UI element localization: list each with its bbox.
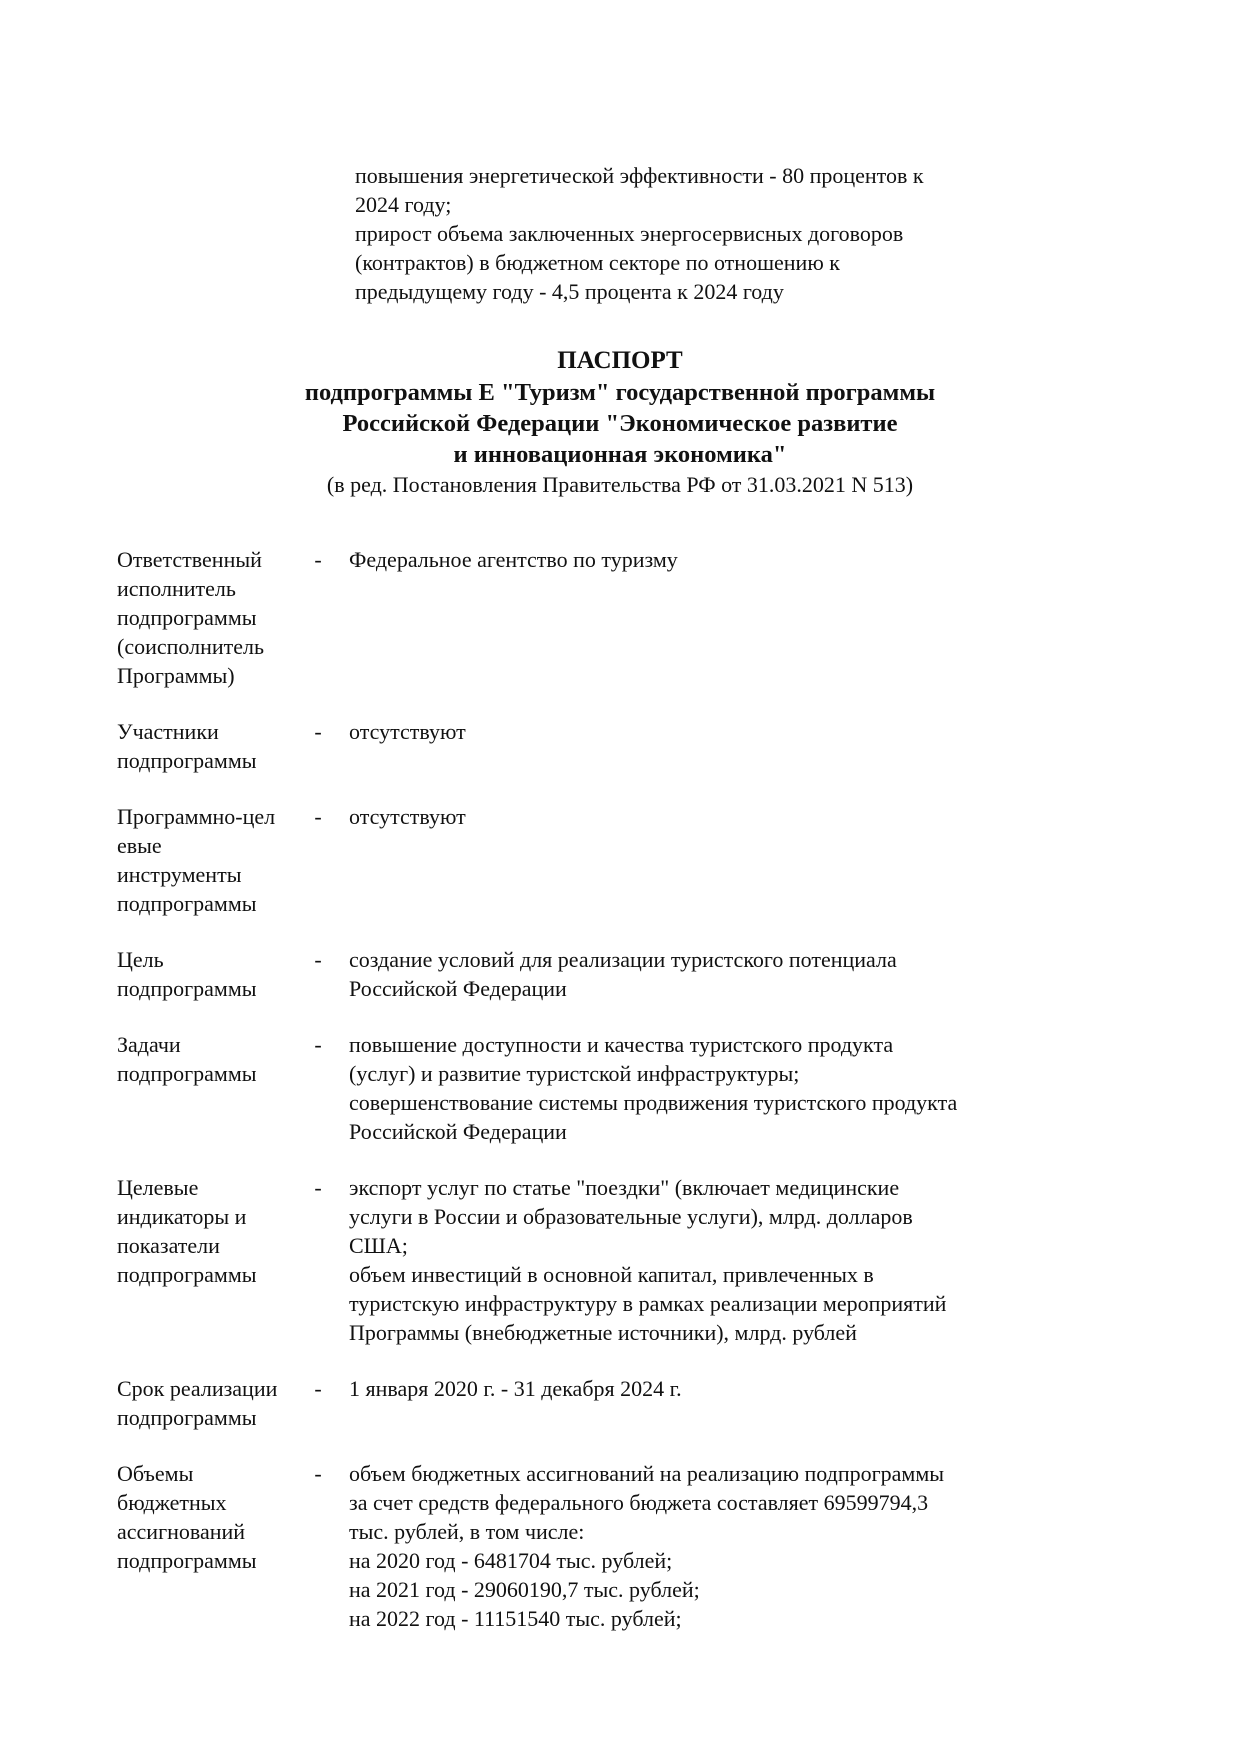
row-label-line: Участники <box>117 717 297 746</box>
row-dash: - <box>297 1173 331 1347</box>
row-dash: - <box>297 945 331 1003</box>
row-value: отсутствуют <box>331 717 1127 775</box>
passport-row: Срок реализацииподпрограммы-1 января 202… <box>117 1374 1127 1432</box>
intro-line: 2024 году; <box>355 190 1115 219</box>
row-label-line: Программы) <box>117 661 297 690</box>
row-value: отсутствуют <box>331 802 1127 918</box>
row-label-line: Цель <box>117 945 297 974</box>
row-label-line: бюджетных <box>117 1488 297 1517</box>
row-value-line: Программы (внебюджетные источники), млрд… <box>349 1318 1127 1347</box>
row-dash: - <box>297 1459 331 1633</box>
row-label: Целевыеиндикаторы ипоказателиподпрограмм… <box>117 1173 297 1347</box>
passport-row: Целевыеиндикаторы ипоказателиподпрограмм… <box>117 1173 1127 1347</box>
passport-row: Объемыбюджетныхассигнованийподпрограммы-… <box>117 1459 1127 1633</box>
row-value-line: отсутствуют <box>349 802 1127 831</box>
row-label-line: подпрограммы <box>117 746 297 775</box>
row-value-line: создание условий для реализации туристск… <box>349 945 1127 974</box>
passport-row: Участникиподпрограммы-отсутствуют <box>117 717 1127 775</box>
row-value-line: США; <box>349 1231 1127 1260</box>
row-dash: - <box>297 717 331 775</box>
row-label-line: подпрограммы <box>117 603 297 632</box>
row-label-line: подпрограммы <box>117 1059 297 1088</box>
row-value-line: отсутствуют <box>349 717 1127 746</box>
row-label-line: показатели <box>117 1231 297 1260</box>
row-value-line: совершенствование системы продвижения ту… <box>349 1088 1127 1117</box>
row-value-line: (услуг) и развитие туристской инфраструк… <box>349 1059 1127 1088</box>
row-value: повышение доступности и качества туристс… <box>331 1030 1127 1146</box>
row-value: 1 января 2020 г. - 31 декабря 2024 г. <box>331 1374 1127 1432</box>
row-label-line: подпрограммы <box>117 974 297 1003</box>
passport-table: Ответственныйисполнительподпрограммы(сои… <box>117 545 1127 1660</box>
row-value-line: туристскую инфраструктуру в рамках реали… <box>349 1289 1127 1318</box>
row-label-line: Задачи <box>117 1030 297 1059</box>
row-value: экспорт услуг по статье "поездки" (включ… <box>331 1173 1127 1347</box>
row-label-line: Целевые <box>117 1173 297 1202</box>
row-label: Участникиподпрограммы <box>117 717 297 775</box>
row-value-line: объем инвестиций в основной капитал, при… <box>349 1260 1127 1289</box>
row-value-line: за счет средств федерального бюджета сос… <box>349 1488 1127 1517</box>
row-value-line: тыс. рублей, в том числе: <box>349 1517 1127 1546</box>
row-label: Программно-целевыеинструментыподпрограмм… <box>117 802 297 918</box>
passport-row: Программно-целевыеинструментыподпрограмм… <box>117 802 1127 918</box>
row-label-line: Объемы <box>117 1459 297 1488</box>
row-label: Цельподпрограммы <box>117 945 297 1003</box>
row-dash: - <box>297 1374 331 1432</box>
subtitle-line: подпрограммы Е "Туризм" государственной … <box>0 377 1240 408</box>
intro-line: повышения энергетической эффективности -… <box>355 161 1115 190</box>
row-value-line: экспорт услуг по статье "поездки" (включ… <box>349 1173 1127 1202</box>
row-value-line: услуги в России и образовательные услуги… <box>349 1202 1127 1231</box>
page-title: ПАСПОРТ <box>0 345 1240 377</box>
subtitle-line: и инновационная экономика" <box>0 439 1240 470</box>
subtitle-line: Российской Федерации "Экономическое разв… <box>0 408 1240 439</box>
row-label-line: Срок реализации <box>117 1374 297 1403</box>
row-label-line: ассигнований <box>117 1517 297 1546</box>
row-label: Объемыбюджетныхассигнованийподпрограммы <box>117 1459 297 1633</box>
row-value-line: Федеральное агентство по туризму <box>349 545 1127 574</box>
row-label-line: евые <box>117 831 297 860</box>
row-value-line: 1 января 2020 г. - 31 декабря 2024 г. <box>349 1374 1127 1403</box>
edition-note: (в ред. Постановления Правительства РФ о… <box>0 470 1240 500</box>
row-value-line: на 2021 год - 29060190,7 тыс. рублей; <box>349 1575 1127 1604</box>
row-label-line: (соисполнитель <box>117 632 297 661</box>
row-label-line: Ответственный <box>117 545 297 574</box>
row-label-line: исполнитель <box>117 574 297 603</box>
row-value: объем бюджетных ассигнований на реализац… <box>331 1459 1127 1633</box>
intro-line: (контрактов) в бюджетном секторе по отно… <box>355 248 1115 277</box>
row-label-line: подпрограммы <box>117 889 297 918</box>
passport-title-block: ПАСПОРТ подпрограммы Е "Туризм" государс… <box>0 345 1240 500</box>
row-label-line: индикаторы и <box>117 1202 297 1231</box>
row-value-line: на 2022 год - 11151540 тыс. рублей; <box>349 1604 1127 1633</box>
row-value-line: на 2020 год - 6481704 тыс. рублей; <box>349 1546 1127 1575</box>
row-value-line: повышение доступности и качества туристс… <box>349 1030 1127 1059</box>
row-label-line: инструменты <box>117 860 297 889</box>
row-label: Срок реализацииподпрограммы <box>117 1374 297 1432</box>
row-label: Ответственныйисполнительподпрограммы(сои… <box>117 545 297 690</box>
row-label-line: подпрограммы <box>117 1260 297 1289</box>
intro-line: предыдущему году - 4,5 процента к 2024 г… <box>355 277 1115 306</box>
row-label-line: подпрограммы <box>117 1546 297 1575</box>
intro-paragraph: повышения энергетической эффективности -… <box>355 161 1115 306</box>
passport-row: Ответственныйисполнительподпрограммы(сои… <box>117 545 1127 690</box>
row-value-line: Российской Федерации <box>349 1117 1127 1146</box>
row-label-line: Программно-цел <box>117 802 297 831</box>
row-dash: - <box>297 545 331 690</box>
row-label: Задачиподпрограммы <box>117 1030 297 1146</box>
row-dash: - <box>297 1030 331 1146</box>
row-value: Федеральное агентство по туризму <box>331 545 1127 690</box>
row-value: создание условий для реализации туристск… <box>331 945 1127 1003</box>
row-value-line: Российской Федерации <box>349 974 1127 1003</box>
row-dash: - <box>297 802 331 918</box>
row-label-line: подпрограммы <box>117 1403 297 1432</box>
passport-row: Цельподпрограммы-создание условий для ре… <box>117 945 1127 1003</box>
intro-line: прирост объема заключенных энергосервисн… <box>355 219 1115 248</box>
row-value-line: объем бюджетных ассигнований на реализац… <box>349 1459 1127 1488</box>
passport-row: Задачиподпрограммы-повышение доступности… <box>117 1030 1127 1146</box>
